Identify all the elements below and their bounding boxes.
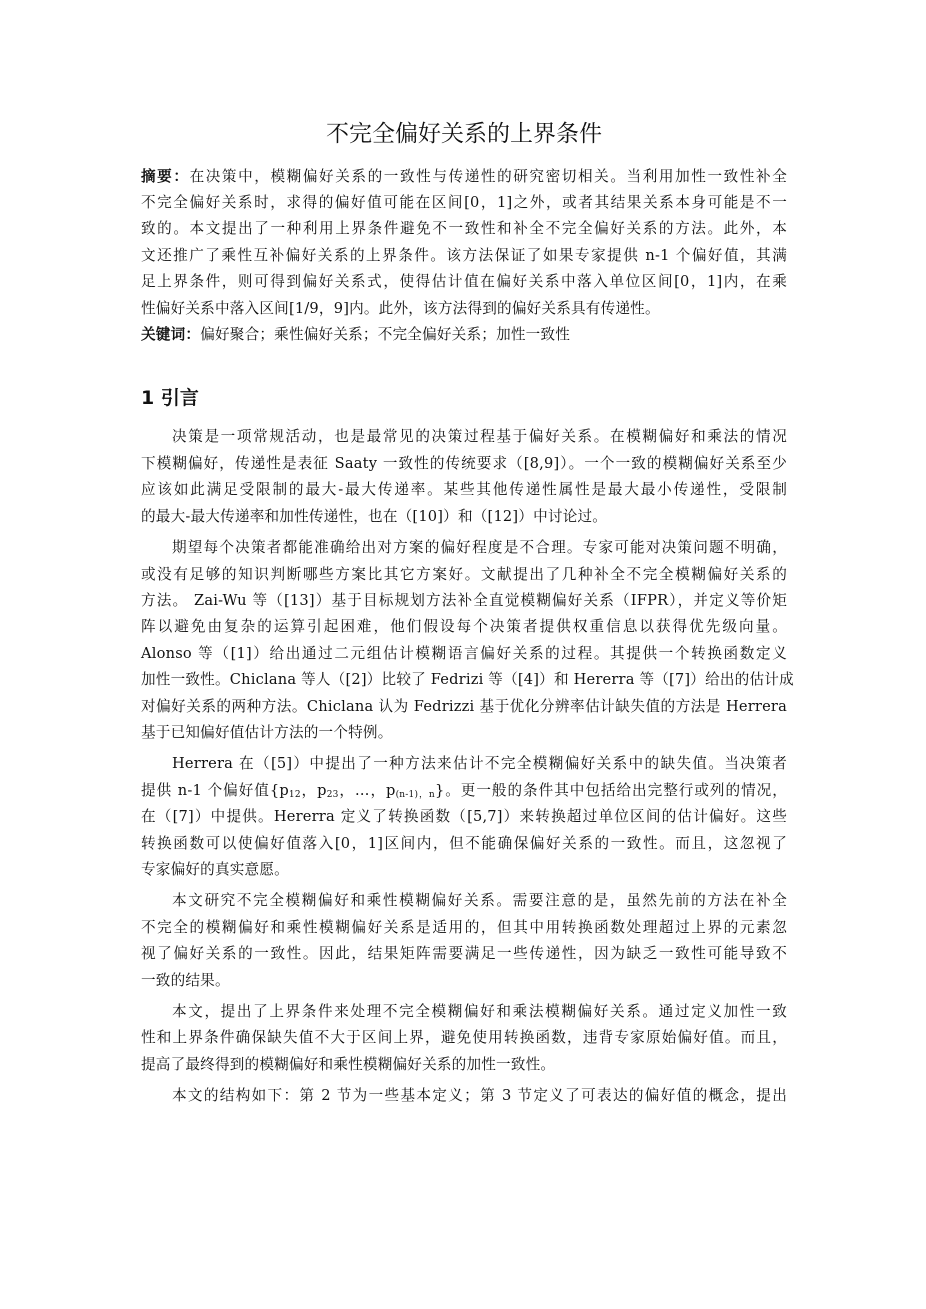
- para4-line-4: 一致的结果。: [141, 968, 787, 994]
- para2-line-7: 对偏好关系的两种方法。Chiclana 认为 Fedrizzi 基于优化分辨率估…: [141, 694, 787, 720]
- para3-line-5: 专家偏好的真实意愿。: [141, 857, 787, 883]
- abstract-line-2: 不完全偏好关系时，求得的偏好值可能在区间[0，1]之外，或者其结果关系本身可能是…: [141, 190, 787, 216]
- para3-line-1: Herrera 在（[5]）中提出了一种方法来估计不完全模糊偏好关系中的缺失值。…: [141, 751, 787, 777]
- abstract-label: 摘要：: [141, 168, 190, 185]
- para4-line-1: 本文研究不完全模糊偏好和乘性模糊偏好关系。需要注意的是，虽然先前的方法在补全: [141, 888, 787, 914]
- para2-line-3: 方法。 Zai-Wu 等（[13]）基于目标规划方法补全直觉模糊偏好关系（IFP…: [141, 588, 787, 614]
- abstract-line-1: 摘要：在决策中，模糊偏好关系的一致性与传递性的研究密切相关。当利用加性一致性补全: [141, 164, 787, 190]
- abstract-line-6: 性偏好关系中落入区间[1/9，9]内。此外，该方法得到的偏好关系具有传递性。: [141, 296, 787, 322]
- section-heading: 1 引言: [141, 384, 199, 412]
- formula-text: ，…，p: [339, 782, 396, 799]
- para2-line-6: 加性一致性。Chiclana 等人（[2]）比较了 Fedrizi 等（[4]）…: [141, 667, 787, 693]
- para3-line-3: 在（[7]）中提供。Hererra 定义了转换函数（[5,7]）来转换超过单位区…: [141, 804, 787, 830]
- abstract-text: 在决策中，模糊偏好关系的一致性与传递性的研究密切相关。当利用加性一致性补全: [190, 168, 787, 185]
- abstract-line-4: 文还推广了乘性互补偏好关系的上界条件。该方法保证了如果专家提供 n-1 个偏好值…: [141, 243, 787, 269]
- subscript: 23: [327, 790, 339, 800]
- keywords-text: 偏好聚合；乘性偏好关系；不完全偏好关系；加性一致性: [200, 326, 570, 343]
- keywords-line: 关键词：偏好聚合；乘性偏好关系；不完全偏好关系；加性一致性: [141, 322, 787, 348]
- para2-line-1: 期望每个决策者都能准确给出对方案的偏好程度是不合理。专家可能对决策问题不明确，: [141, 535, 787, 561]
- abstract-line-5: 足上界条件，则可得到偏好关系式，使得估计值在偏好关系中落入单位区间[0，1]内，…: [141, 269, 787, 295]
- para3-line-2: 提供 n-1 个偏好值{p12，p23，…，p(n-1)，n}。更一般的条件其中…: [141, 778, 787, 804]
- para5-line-2: 性和上界条件确保缺失值不大于区间上界，避免使用转换函数，违背专家原始偏好值。而且…: [141, 1025, 787, 1051]
- para4-line-2: 不完全的模糊偏好和乘性模糊偏好关系是适用的，但其中用转换函数处理超过上界的元素忽: [141, 915, 787, 941]
- para1-line-4: 的最大-最大传递率和加性传递性，也在（[10]）和（[12]）中讨论过。: [141, 504, 787, 530]
- para2-line-4: 阵以避免由复杂的运算引起困难，他们假设每个决策者提供权重信息以获得优先级向量。: [141, 614, 787, 640]
- para6-line-1: 本文的结构如下：第 2 节为一些基本定义；第 3 节定义了可表达的偏好值的概念，…: [141, 1083, 787, 1109]
- para4-line-3: 视了偏好关系的一致性。因此，结果矩阵需要满足一些传递性，因为缺乏一致性可能导致不: [141, 941, 787, 967]
- para3-line-4: 转换函数可以使偏好值落入[0，1]区间内，但不能确保偏好关系的一致性。而且，这忽…: [141, 831, 787, 857]
- para1-line-1: 决策是一项常规活动，也是最常见的决策过程基于偏好关系。在模糊偏好和乘法的情况: [141, 424, 787, 450]
- formula-text: 提供 n-1 个偏好值{p: [141, 782, 289, 799]
- abstract-line-3: 致的。本文提出了一种利用上界条件避免不一致性和补全不完全偏好关系的方法。此外，本: [141, 216, 787, 242]
- formula-text: ，p: [301, 782, 327, 799]
- subscript: (n-1)，n: [396, 790, 435, 800]
- para5-line-3: 提高了最终得到的模糊偏好和乘性模糊偏好关系的加性一致性。: [141, 1052, 787, 1078]
- keywords-label: 关键词：: [141, 326, 200, 343]
- subscript: 12: [289, 790, 301, 800]
- para1-line-2: 下模糊偏好，传递性是表征 Saaty 一致性的传统要求（[8,9]）。一个一致的…: [141, 451, 787, 477]
- para2-line-2: 或没有足够的知识判断哪些方案比其它方案好。文献提出了几种补全不完全模糊偏好关系的: [141, 562, 787, 588]
- para1-line-3: 应该如此满足受限制的最大-最大传递率。某些其他传递性属性是最大最小传递性，受限制: [141, 477, 787, 503]
- para5-line-1: 本文，提出了上界条件来处理不完全模糊偏好和乘法模糊偏好关系。通过定义加性一致: [141, 999, 787, 1025]
- para2-line-5: Alonso 等（[1]）给出通过二元组估计模糊语言偏好关系的过程。其提供一个转…: [141, 641, 787, 667]
- paper-title: 不完全偏好关系的上界条件: [141, 118, 787, 150]
- para2-line-8: 基于已知偏好值估计方法的一个特例。: [141, 720, 787, 746]
- formula-text: }。更一般的条件其中包括给出完整行或列的情况，: [435, 782, 787, 799]
